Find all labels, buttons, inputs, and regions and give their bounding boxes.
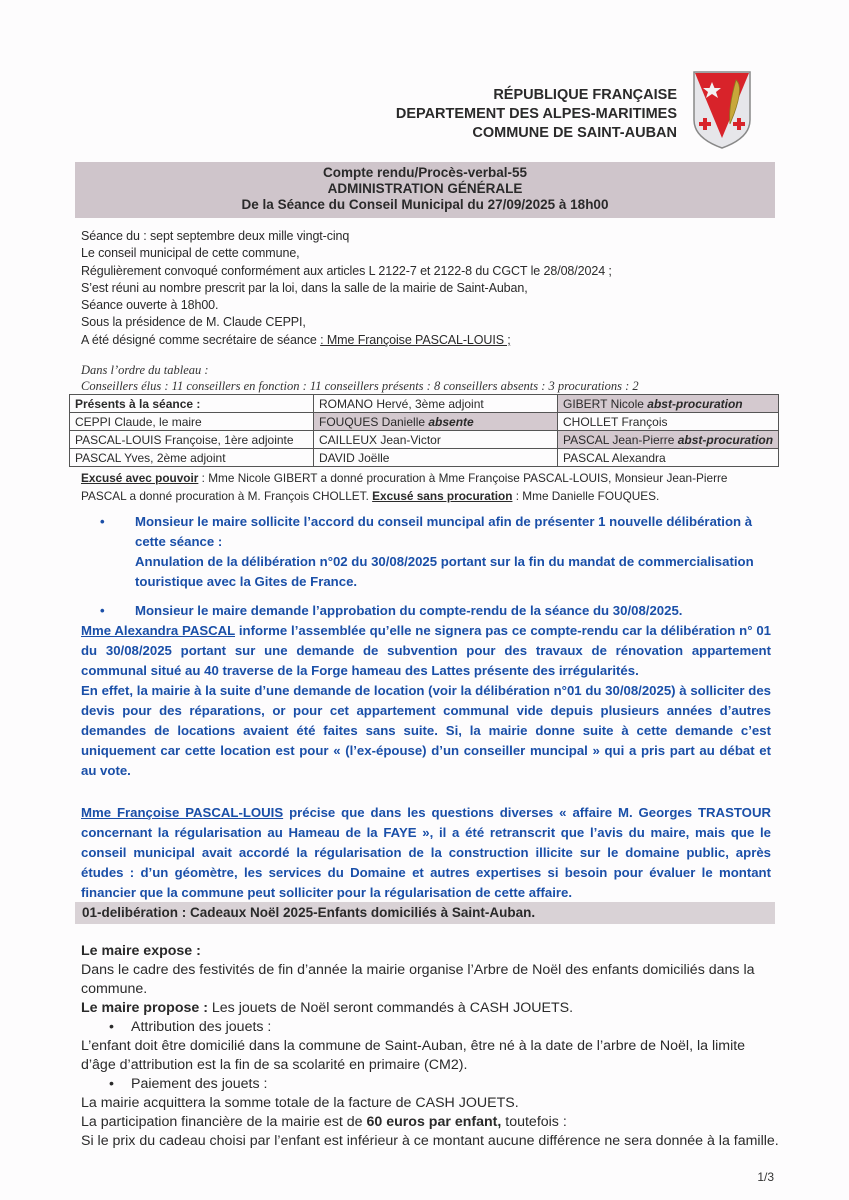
intro-line: Séance du : sept septembre deux mille vi… xyxy=(81,228,612,245)
attribution-item: •Attribution des jouets : xyxy=(81,1018,781,1037)
deliberation-body: Le maire expose : Dans le cadre des fest… xyxy=(81,934,781,1151)
tableau-summary: Conseillers élus : 11 conseillers en fon… xyxy=(81,378,639,394)
participation-amount: 60 euros par enfant, xyxy=(367,1114,502,1130)
secretary-line: A été désigné comme secrétaire de séance… xyxy=(81,332,612,349)
table-cell: DAVID Joëlle xyxy=(314,449,558,467)
table-cell: PASCAL Yves, 2ème adjoint xyxy=(70,449,314,467)
table-row: PASCAL Yves, 2ème adjointDAVID JoëllePAS… xyxy=(70,449,779,467)
propose-line: Le maire propose : Les jouets de Noël se… xyxy=(81,999,781,1018)
table-row: PASCAL-LOUIS Françoise, 1ère adjointeCAI… xyxy=(70,431,779,449)
paiement-text: La mairie acquittera la somme totale de … xyxy=(81,1094,781,1113)
table-cell: CHOLLET François xyxy=(558,413,779,431)
bullet-approval: • Monsieur le maire demande l’approbatio… xyxy=(100,601,780,621)
bullet-new-deliberation: • Monsieur le maire sollicite l’accord d… xyxy=(100,512,780,592)
letterhead: RÉPUBLIQUE FRANÇAISE DEPARTEMENT DES ALP… xyxy=(396,86,677,143)
paragraph-context: En effet, la mairie à la suite d’une dem… xyxy=(81,681,771,781)
intro-line: Régulièrement convoqué conformément aux … xyxy=(81,263,612,280)
table-cell: CAILLEUX Jean-Victor xyxy=(314,431,558,449)
status-tag: abst-procuration xyxy=(678,433,773,447)
table-cell: FOUQUES Danielle absente xyxy=(314,413,558,431)
table-cell: CEPPI Claude, le maire xyxy=(70,413,314,431)
secretary-name: : Mme Françoise PASCAL-LOUIS ; xyxy=(320,333,511,347)
final-text: Si le prix du cadeau choisi par l’enfant… xyxy=(81,1132,781,1151)
attribution-text: L’enfant doit être domicilié dans la com… xyxy=(81,1037,781,1075)
expose-text: Dans le cadre des festivités de fin d’an… xyxy=(81,961,781,999)
intro-line: Sous la présidence de M. Claude CEPPI, xyxy=(81,314,612,331)
session-date: De la Séance du Conseil Municipal du 27/… xyxy=(75,197,775,213)
letterhead-line-2: DEPARTEMENT DES ALPES-MARITIMES xyxy=(396,105,677,124)
page-number: 1/3 xyxy=(757,1170,774,1184)
status-tag: abst-procuration xyxy=(647,397,742,411)
members-table: Présents à la séance :ROMANO Hervé, 3ème… xyxy=(69,394,779,467)
excuse-with-power-label: Excusé avec pouvoir xyxy=(81,471,198,485)
report-category: ADMINISTRATION GÉNÉRALE xyxy=(75,181,775,197)
table-cell: GIBERT Nicole abst-procuration xyxy=(558,395,779,413)
intro-line: Le conseil municipal de cette commune, xyxy=(81,245,612,262)
table-cell: ROMANO Hervé, 3ème adjoint xyxy=(314,395,558,413)
letterhead-line-3: COMMUNE DE SAINT-AUBAN xyxy=(396,124,677,143)
speaker-name: Mme Alexandra PASCAL xyxy=(81,623,235,638)
bullet-icon: • xyxy=(109,1075,114,1094)
deliberation-title: 01-delibération : Cadeaux Noël 2025-Enfa… xyxy=(75,902,775,924)
participation-line: La participation financière de la mairie… xyxy=(81,1113,781,1132)
table-cell: Présents à la séance : xyxy=(70,395,314,413)
report-title-box: Compte rendu/Procès-verbal-55 ADMINISTRA… xyxy=(75,162,775,218)
intro-line: Séance ouverte à 18h00. xyxy=(81,297,612,314)
table-cell: PASCAL-LOUIS Françoise, 1ère adjointe xyxy=(70,431,314,449)
bullet-icon: • xyxy=(100,512,105,532)
status-tag: absente xyxy=(428,415,473,429)
speaker-name: Mme Françoise PASCAL-LOUIS xyxy=(81,805,283,820)
table-cell: PASCAL Jean-Pierre abst-procuration xyxy=(558,431,779,449)
tableau-info: Dans l’ordre du tableau : Conseillers él… xyxy=(81,362,639,394)
paragraph-pascal-louis: Mme Françoise PASCAL-LOUIS précise que d… xyxy=(81,803,771,903)
paiement-item: •Paiement des jouets : xyxy=(81,1075,781,1094)
intro-line: S’est réuni au nombre prescrit par la lo… xyxy=(81,280,612,297)
coat-of-arms-icon xyxy=(690,68,754,150)
paragraph-pascal: Mme Alexandra PASCAL informe l’assemblée… xyxy=(81,621,771,681)
excuses-paragraph: Excusé avec pouvoir : Mme Nicole GIBERT … xyxy=(81,469,771,505)
table-cell: PASCAL Alexandra xyxy=(558,449,779,467)
table-row: CEPPI Claude, le maireFOUQUES Danielle a… xyxy=(70,413,779,431)
excuse-without-label: Excusé sans procuration xyxy=(372,489,512,503)
expose-label: Le maire expose : xyxy=(81,942,781,961)
bullet-icon: • xyxy=(100,601,105,621)
bullet-detail: Annulation de la délibération n°02 du 30… xyxy=(135,552,780,592)
document-page: RÉPUBLIQUE FRANÇAISE DEPARTEMENT DES ALP… xyxy=(0,0,849,1200)
session-intro: Séance du : sept septembre deux mille vi… xyxy=(81,228,612,349)
bullet-icon: • xyxy=(109,1018,114,1037)
table-row: Présents à la séance :ROMANO Hervé, 3ème… xyxy=(70,395,779,413)
letterhead-line-1: RÉPUBLIQUE FRANÇAISE xyxy=(396,86,677,105)
tableau-order-label: Dans l’ordre du tableau : xyxy=(81,362,639,378)
report-number: Compte rendu/Procès-verbal-55 xyxy=(75,165,775,181)
